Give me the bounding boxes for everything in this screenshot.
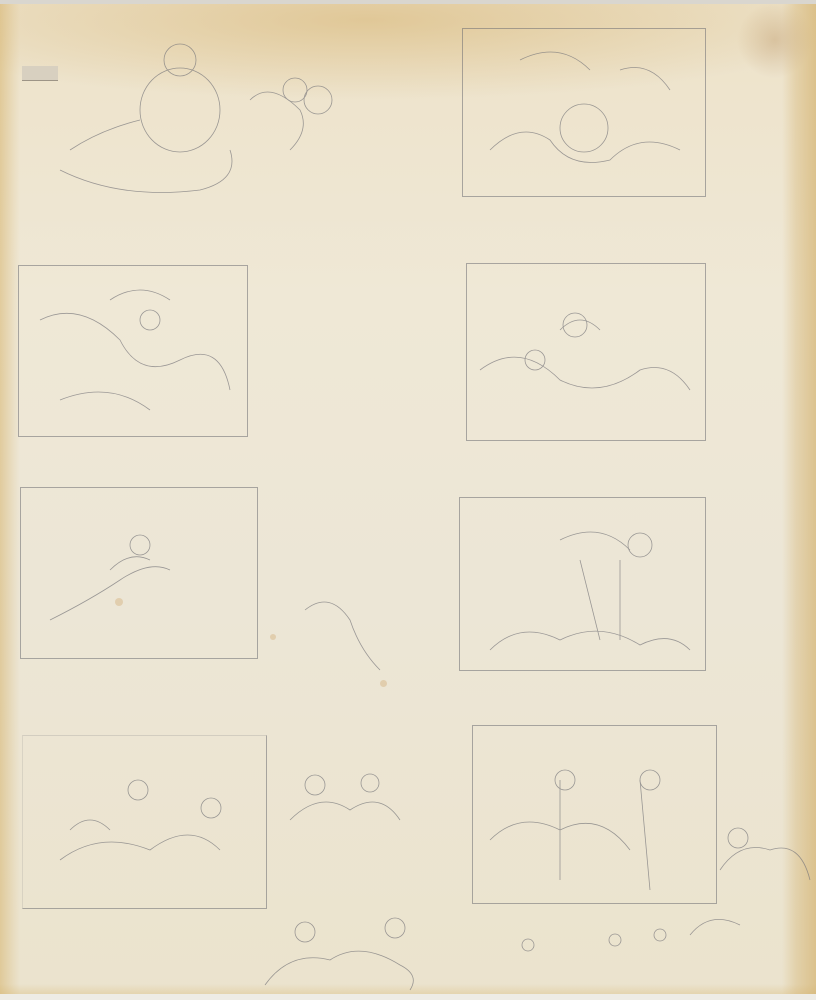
paper-sheet xyxy=(0,0,816,1000)
pencil-sketches xyxy=(0,0,816,1000)
